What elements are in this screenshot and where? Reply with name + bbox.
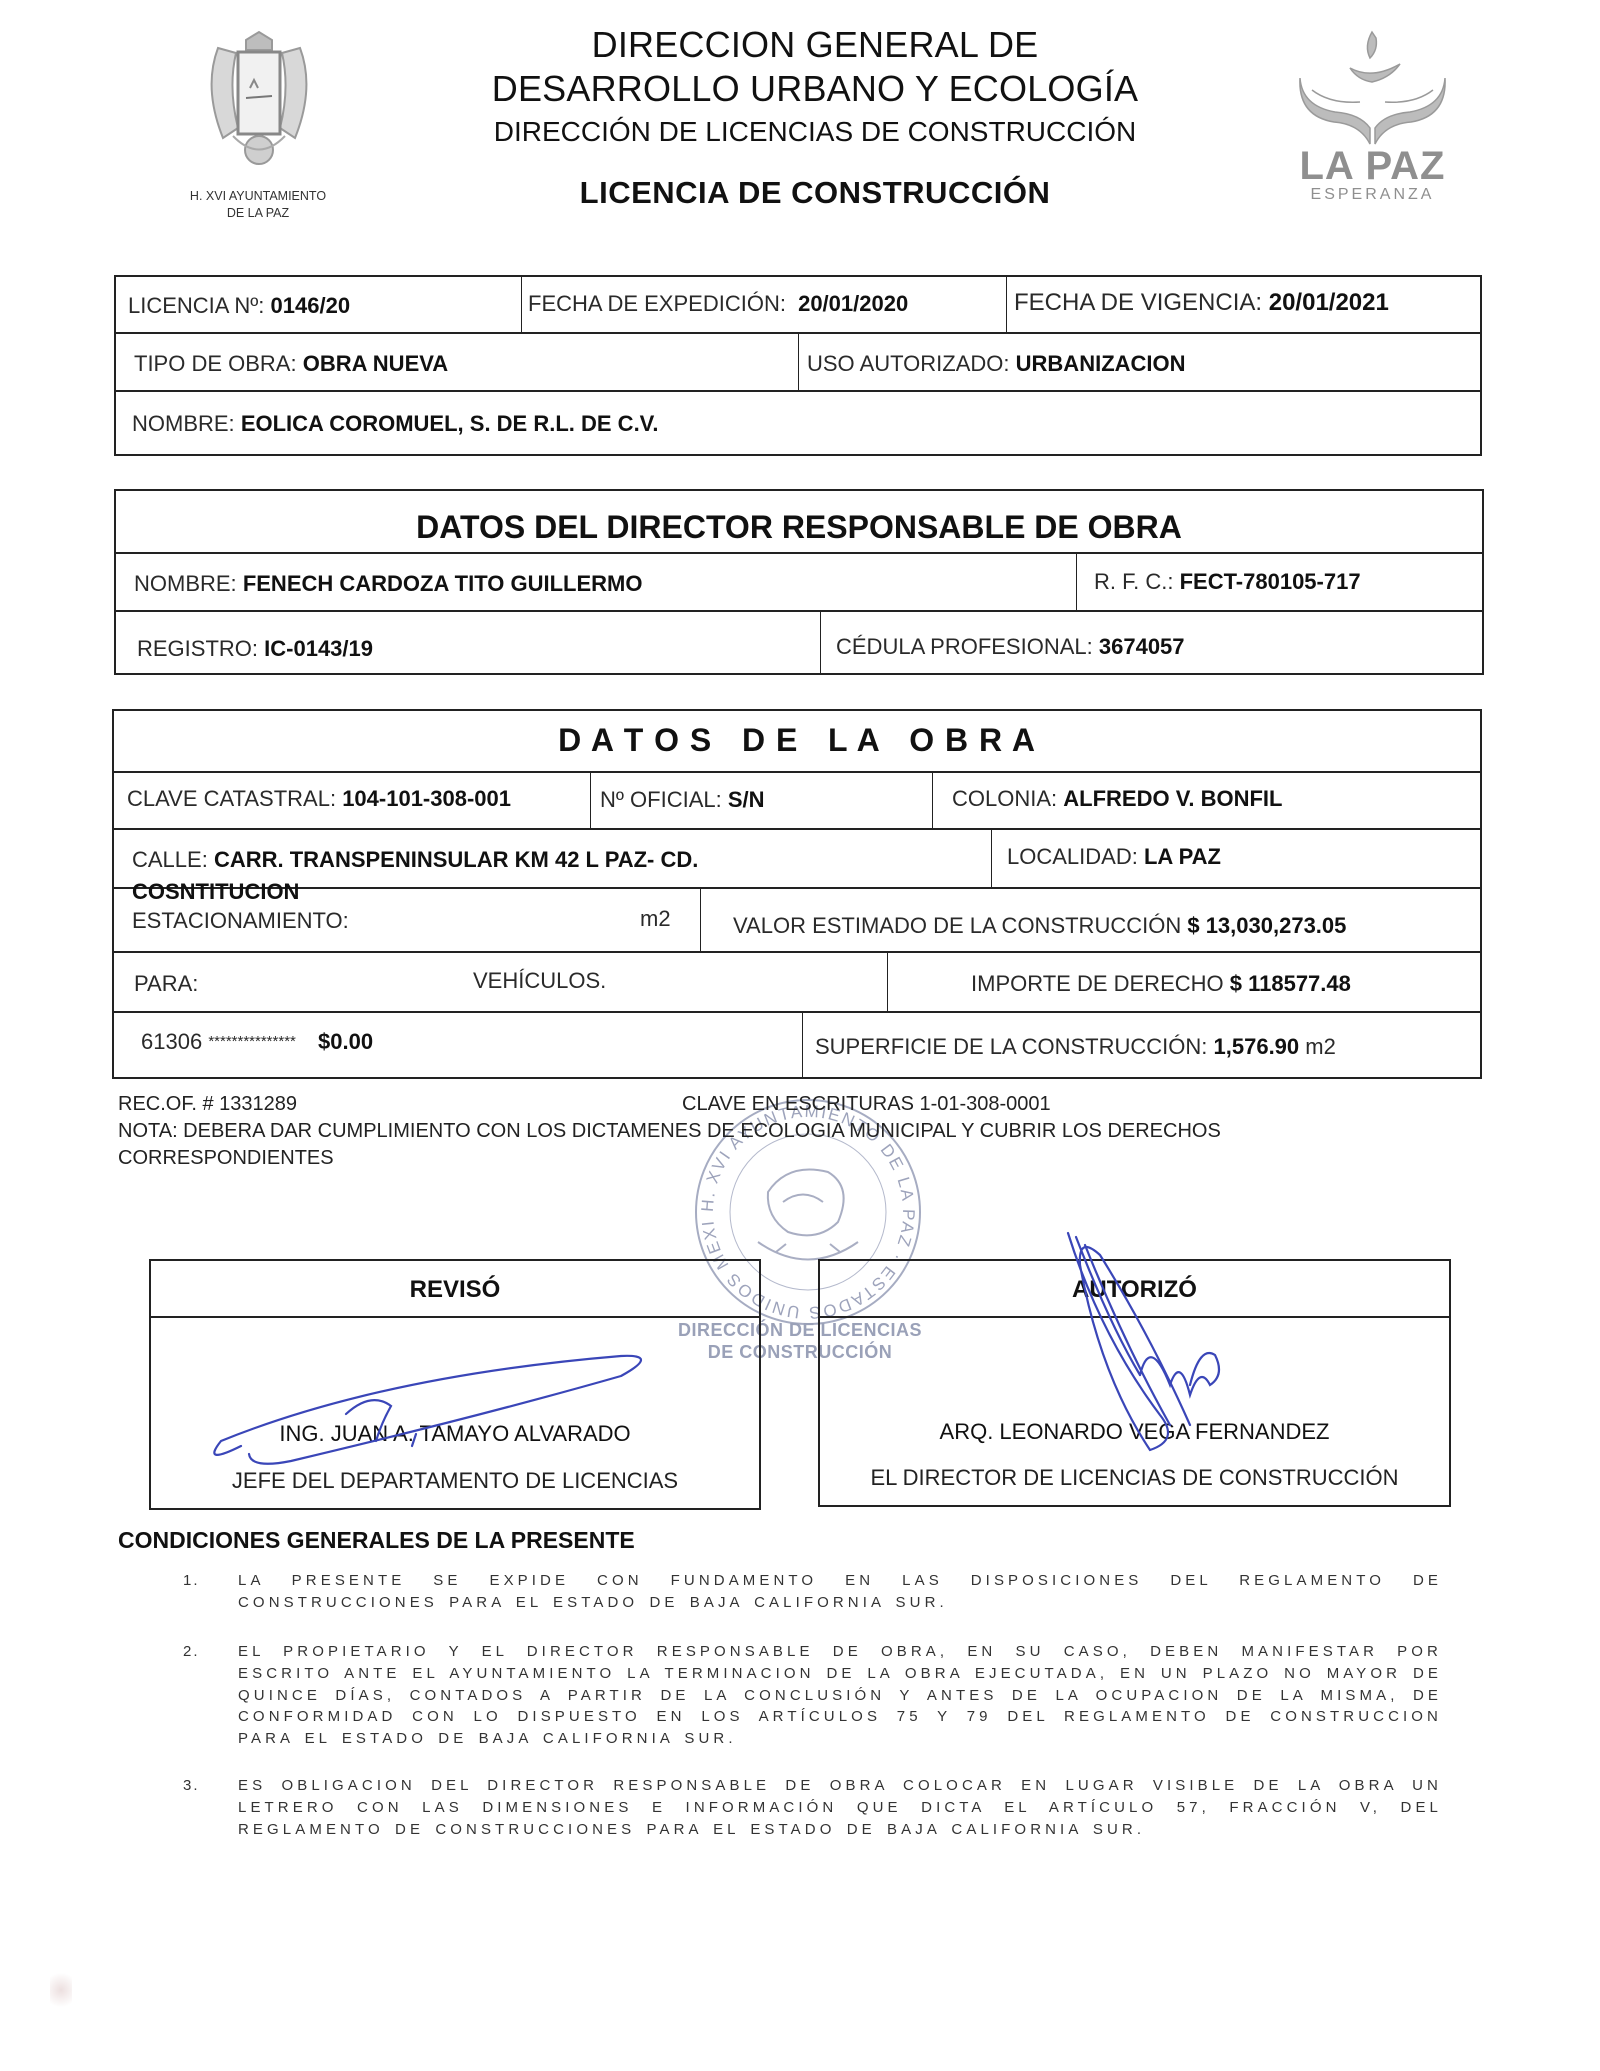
registry-value: IC-0143/19 bbox=[264, 636, 373, 661]
divider bbox=[1006, 275, 1007, 333]
scan-artifact bbox=[50, 1968, 72, 2012]
construction-area-value: 1,576.90 bbox=[1214, 1034, 1300, 1059]
cadastral-key-label: CLAVE CATASTRAL: bbox=[127, 786, 336, 811]
deed-key: CLAVE EN ESCRITURAS 1-01-308-0001 bbox=[682, 1091, 1051, 1117]
municipal-seal bbox=[198, 28, 320, 178]
rfc-value: FECT-780105-717 bbox=[1180, 569, 1361, 594]
expiry-date-label: FECHA DE VIGENCIA: bbox=[1014, 289, 1262, 316]
seal-caption-line2: DE LA PAZ bbox=[158, 205, 358, 222]
divider bbox=[112, 771, 1482, 773]
divider bbox=[887, 952, 888, 1012]
work-type-field: TIPO DE OBRA: OBRA NUEVA bbox=[134, 351, 448, 377]
document-title: LICENCIA DE CONSTRUCCIÓN bbox=[400, 175, 1230, 211]
receipt-number: REC.OF. # 1331289 bbox=[118, 1091, 297, 1117]
expiry-date-field: FECHA DE VIGENCIA: 20/01/2021 bbox=[1014, 290, 1389, 316]
logo-text: LA PAZ bbox=[1290, 146, 1455, 186]
authorized-use-field: USO AUTORIZADO: URBANIZACION bbox=[807, 351, 1186, 377]
divider bbox=[521, 275, 522, 333]
divider bbox=[114, 552, 1484, 554]
professional-license-label: CÉDULA PROFESIONAL: bbox=[836, 634, 1093, 659]
authorized-use-label: USO AUTORIZADO: bbox=[807, 351, 1010, 376]
work-type-value: OBRA NUEVA bbox=[303, 351, 448, 376]
payment-code-amount: $0.00 bbox=[318, 1029, 373, 1054]
license-number-label: LICENCIA Nº: bbox=[128, 293, 264, 318]
fee-amount-label: IMPORTE DE DERECHO bbox=[971, 971, 1224, 996]
divider bbox=[112, 828, 1482, 830]
reviewer-signature-icon bbox=[181, 1336, 701, 1476]
work-info-table bbox=[112, 709, 1482, 1079]
issue-date-field: FECHA DE EXPEDICIÓN: 20/01/2020 bbox=[528, 291, 908, 317]
payment-code: 61306 bbox=[141, 1029, 202, 1054]
estimated-value-label: VALOR ESTIMADO DE LA CONSTRUCCIÓN bbox=[733, 913, 1181, 938]
divider bbox=[151, 1316, 759, 1318]
la-paz-logo: LA PAZ ESPERANZA bbox=[1290, 28, 1455, 208]
divider bbox=[932, 772, 933, 829]
condition-number: 2. bbox=[183, 1643, 200, 1660]
para-label: PARA: bbox=[134, 971, 198, 997]
divider bbox=[112, 1011, 1482, 1013]
license-number-value: 0146/20 bbox=[271, 293, 351, 318]
street-label: CALLE: bbox=[132, 847, 208, 872]
neighborhood-value: ALFREDO V. BONFIL bbox=[1063, 786, 1282, 811]
rfc-field: R. F. C.: FECT-780105-717 bbox=[1094, 569, 1361, 595]
note-line1: NOTA: DEBERA DAR CUMPLIMIENTO CON LOS DI… bbox=[118, 1118, 1221, 1144]
construction-area-field: SUPERFICIE DE LA CONSTRUCCIÓN: 1,576.90 … bbox=[815, 1034, 1336, 1060]
official-number-value: S/N bbox=[728, 787, 765, 812]
rfc-label: R. F. C.: bbox=[1094, 569, 1173, 594]
header-title-line1: DIRECCION GENERAL DE bbox=[400, 25, 1230, 65]
expiry-date-value: 20/01/2021 bbox=[1269, 289, 1389, 316]
divider bbox=[112, 887, 1482, 889]
seal-caption-line1: H. XVI AYUNTAMIENTO bbox=[158, 188, 358, 205]
professional-license-value: 3674057 bbox=[1099, 634, 1185, 659]
construction-area-label: SUPERFICIE DE LA CONSTRUCCIÓN: bbox=[815, 1034, 1207, 1059]
reviewed-by-heading: REVISÓ bbox=[151, 1276, 759, 1304]
divider bbox=[1076, 553, 1077, 611]
street-value-line2: COSNTITUCION bbox=[132, 879, 299, 905]
work-type-label: TIPO DE OBRA: bbox=[134, 351, 297, 376]
estimated-value-field: VALOR ESTIMADO DE LA CONSTRUCCIÓN $ 13,0… bbox=[733, 913, 1346, 939]
condition-number: 3. bbox=[183, 1777, 200, 1794]
parking-unit: m2 bbox=[640, 906, 671, 932]
neighborhood-label: COLONIA: bbox=[952, 786, 1057, 811]
street-value-line1: CARR. TRANSPENINSULAR KM 42 L PAZ- CD. bbox=[214, 847, 698, 872]
construction-area-unit: m2 bbox=[1305, 1034, 1336, 1059]
authorizer-role: EL DIRECTOR DE LICENCIAS DE CONSTRUCCIÓN bbox=[820, 1465, 1449, 1491]
owner-name-field: NOMBRE: EOLICA COROMUEL, S. DE R.L. DE C… bbox=[132, 411, 658, 437]
director-name-value: FENECH CARDOZA TITO GUILLERMO bbox=[243, 571, 643, 596]
divider bbox=[590, 772, 591, 829]
owner-name-label: NOMBRE: bbox=[132, 411, 235, 436]
license-number-field: LICENCIA Nº: 0146/20 bbox=[128, 293, 350, 319]
note-line2: CORRESPONDIENTES bbox=[118, 1145, 334, 1171]
dove-hands-logo-icon bbox=[1290, 28, 1455, 148]
locality-label: LOCALIDAD: bbox=[1007, 844, 1138, 869]
condition-text: LA PRESENTE SE EXPIDE CON FUNDAMENTO EN … bbox=[238, 1570, 1442, 1614]
conditions-heading: CONDICIONES GENERALES DE LA PRESENTE bbox=[118, 1527, 635, 1554]
locality-field: LOCALIDAD: LA PAZ bbox=[1007, 844, 1221, 870]
para-value: VEHÍCULOS. bbox=[473, 968, 606, 994]
fee-amount-field: IMPORTE DE DERECHO $ 118577.48 bbox=[971, 971, 1351, 997]
condition-number: 1. bbox=[183, 1572, 200, 1589]
work-section-title: D A T O S D E L A O B R A bbox=[112, 722, 1482, 758]
cadastral-key-value: 104-101-308-001 bbox=[342, 786, 511, 811]
professional-license-field: CÉDULA PROFESIONAL: 3674057 bbox=[836, 634, 1185, 660]
locality-value: LA PAZ bbox=[1144, 844, 1221, 869]
condition-text: EL PROPIETARIO Y EL DIRECTOR RESPONSABLE… bbox=[238, 1641, 1442, 1750]
divider bbox=[114, 610, 1484, 612]
director-section-title: DATOS DEL DIRECTOR RESPONSABLE DE OBRA bbox=[114, 509, 1484, 545]
registry-field: REGISTRO: IC-0143/19 bbox=[137, 636, 373, 662]
divider bbox=[820, 611, 821, 675]
director-name-label: NOMBRE: bbox=[134, 571, 237, 596]
registry-label: REGISTRO: bbox=[137, 636, 258, 661]
payment-code-field: 61306 *************** $0.00 bbox=[141, 1029, 373, 1055]
authorized-use-value: URBANIZACION bbox=[1016, 351, 1186, 376]
header-subtitle: DIRECCIÓN DE LICENCIAS DE CONSTRUCCIÓN bbox=[400, 116, 1230, 148]
payment-code-mask: *************** bbox=[208, 1033, 296, 1050]
divider bbox=[991, 829, 992, 888]
fee-amount-value: $ 118577.48 bbox=[1230, 971, 1351, 996]
neighborhood-field: COLONIA: ALFREDO V. BONFIL bbox=[952, 786, 1282, 812]
official-number-field: Nº OFICIAL: S/N bbox=[600, 787, 765, 813]
issue-date-value: 20/01/2020 bbox=[798, 291, 908, 316]
street-field: CALLE: CARR. TRANSPENINSULAR KM 42 L PAZ… bbox=[132, 847, 698, 873]
logo-subtext: ESPERANZA bbox=[1290, 186, 1455, 204]
reviewed-by-box: REVISÓ ING. JUAN A. TAMAYO ALVARADO JEFE… bbox=[149, 1259, 761, 1510]
issue-date-label: FECHA DE EXPEDICIÓN: bbox=[528, 291, 786, 316]
header-title-line2: DESARROLLO URBANO Y ECOLOGÍA bbox=[400, 69, 1230, 109]
official-number-label: Nº OFICIAL: bbox=[600, 787, 722, 812]
divider bbox=[700, 888, 701, 952]
divider bbox=[802, 1012, 803, 1079]
estimated-value-amount: $ 13,030,273.05 bbox=[1187, 913, 1346, 938]
parking-label: ESTACIONAMIENTO: bbox=[132, 908, 349, 934]
divider bbox=[112, 951, 1482, 953]
authorizer-signature-icon bbox=[1040, 1225, 1260, 1465]
condition-text: ES OBLIGACION DEL DIRECTOR RESPONSABLE D… bbox=[238, 1775, 1442, 1840]
divider bbox=[798, 333, 799, 391]
cadastral-key-field: CLAVE CATASTRAL: 104-101-308-001 bbox=[127, 786, 511, 812]
director-name-field: NOMBRE: FENECH CARDOZA TITO GUILLERMO bbox=[134, 571, 642, 597]
coat-of-arms-icon bbox=[198, 28, 320, 178]
owner-name-value: EOLICA COROMUEL, S. DE R.L. DE C.V. bbox=[241, 411, 659, 436]
